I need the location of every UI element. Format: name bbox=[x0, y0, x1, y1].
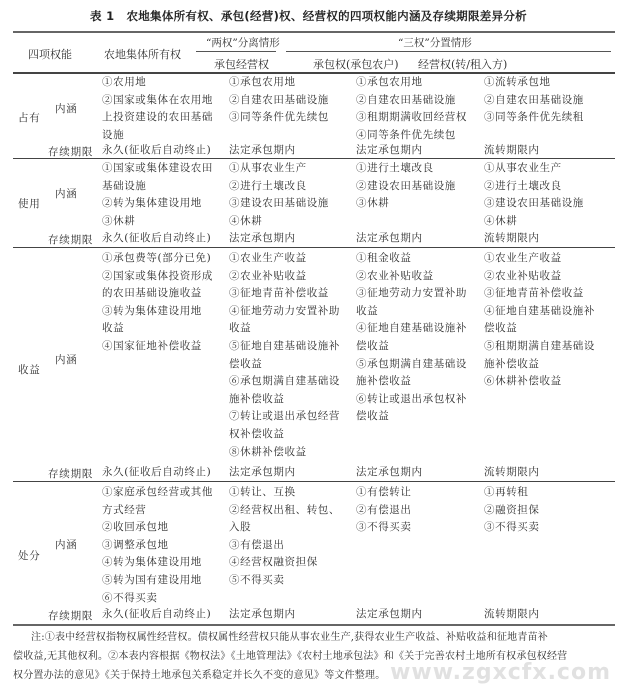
income-contract-right: ①租金收益 ②农业补贴收益 ③征地劳动力安置补助 收益 ④征地自建基础设施补 偿… bbox=[356, 250, 467, 426]
disposal-duration-ownership: 永久(征收后自动终止) bbox=[102, 606, 211, 624]
table-number: 表 1 bbox=[90, 9, 114, 23]
use-duration-ownership: 永久(征收后自动终止) bbox=[102, 230, 211, 248]
connotation-label: 内涵 bbox=[55, 101, 78, 116]
duration-label: 存续期限 bbox=[48, 608, 93, 623]
possession-duration-operation-right: 流转期限内 bbox=[484, 142, 540, 160]
use-contract-right: ①进行土壤改良 ②建设农田基础设施 ③休耕 bbox=[356, 160, 456, 213]
table-caption: 表 1农地集体所有权、承包(经营)权、经营权的四项权能内涵及存续期限差异分析 bbox=[0, 8, 617, 24]
header-contract-right: 承包权(承包农户) bbox=[313, 56, 399, 72]
connotation-label: 内涵 bbox=[55, 186, 78, 201]
income-operation-right: ①农业生产收益 ②农业补贴收益 ③征地青苗补偿收益 ④征地自建基础设施补 偿收益… bbox=[484, 250, 595, 391]
section-divider bbox=[13, 247, 615, 248]
income-duration-contract-operation: 法定承包期内 bbox=[229, 464, 296, 482]
header-ownership: 农地集体所有权 bbox=[104, 46, 181, 62]
use-duration-contract-operation: 法定承包期内 bbox=[229, 230, 296, 248]
possession-duration-contract-right: 法定承包期内 bbox=[356, 142, 423, 160]
possession-operation-right: ①流转承包地 ②自建农田基础设施 ③同等条件优先续租 bbox=[484, 74, 584, 127]
header-two-rights-group: “两权”分离情形 bbox=[206, 35, 280, 50]
connotation-label: 内涵 bbox=[55, 537, 78, 552]
section-name-disposal: 处分 bbox=[18, 548, 41, 563]
section-name-use: 使用 bbox=[18, 196, 41, 211]
possession-contract-operation: ①承包农用地 ②自建农田基础设施 ③同等条件优先续包 bbox=[229, 74, 329, 127]
income-contract-operation: ①农业生产收益 ②农业补贴收益 ③征地青苗补偿收益 ④征地劳动力安置补助 收益 … bbox=[229, 250, 340, 461]
duration-label: 存续期限 bbox=[48, 232, 93, 247]
header-contract-operation: 承包经营权 bbox=[214, 56, 269, 72]
use-duration-operation-right: 流转期限内 bbox=[484, 230, 540, 248]
use-ownership: ①国家或集体建设农田 基础设施 ②转为集体建设用地 ③休耕 bbox=[102, 160, 213, 230]
possession-contract-right: ①承包农用地 ②自建农田基础设施 ③租期期满收回经营权 ④同等条件优先续包 bbox=[356, 74, 467, 144]
use-contract-operation: ①从事农业生产 ②进行土壤改良 ③建设农田基础设施 ④休耕 bbox=[229, 160, 329, 230]
header-function: 四项权能 bbox=[28, 46, 72, 62]
disposal-contract-right: ①有偿转让 ②有偿退出 ③不得买卖 bbox=[356, 484, 412, 537]
header-three-rights-group: “三权”分置情形 bbox=[398, 35, 472, 50]
duration-label: 存续期限 bbox=[48, 144, 93, 159]
disposal-duration-operation-right: 流转期限内 bbox=[484, 606, 540, 624]
section-name-possession: 占有 bbox=[18, 110, 41, 125]
income-duration-ownership: 永久(征收后自动终止) bbox=[102, 464, 211, 482]
top-rule bbox=[13, 31, 615, 33]
use-duration-contract-right: 法定承包期内 bbox=[356, 230, 423, 248]
connotation-label: 内涵 bbox=[55, 352, 78, 367]
three-rights-underline bbox=[286, 51, 611, 52]
table-title: 农地集体所有权、承包(经营)权、经营权的四项权能内涵及存续期限差异分析 bbox=[126, 9, 527, 23]
income-ownership: ①承包费等(部分已免) ②国家或集体投资形成 的农田基础设施收益 ③转为集体建设… bbox=[102, 250, 213, 356]
section-divider bbox=[13, 481, 615, 482]
bottom-rule bbox=[13, 624, 615, 626]
section-divider bbox=[13, 158, 615, 159]
watermark: www.zgxcfx.com bbox=[390, 660, 611, 685]
possession-duration-ownership: 永久(征收后自动终止) bbox=[102, 142, 211, 160]
two-rights-underline bbox=[196, 51, 276, 52]
use-operation-right: ①从事农业生产 ②进行土壤改良 ③建设农田基础设施 ④休耕 bbox=[484, 160, 584, 230]
disposal-duration-contract-right: 法定承包期内 bbox=[356, 606, 423, 624]
disposal-contract-operation: ①转让、互换 ②经营权出租、转包、 入股 ③有偿退出 ④经营权融资担保 ⑤不得买… bbox=[229, 484, 340, 590]
header-operation-right: 经营权(转/租入方) bbox=[418, 56, 507, 72]
disposal-duration-contract-operation: 法定承包期内 bbox=[229, 606, 296, 624]
possession-ownership: ①农用地 ②国家或集体在农用地 上投资建设的农田基础 设施 bbox=[102, 74, 213, 144]
disposal-ownership: ①家庭承包经营或其他 方式经营 ②收回承包地 ③调整承包地 ④转为集体建设用地 … bbox=[102, 484, 213, 607]
duration-label: 存续期限 bbox=[48, 466, 93, 481]
possession-duration-contract-operation: 法定承包期内 bbox=[229, 142, 296, 160]
income-duration-operation-right: 流转期限内 bbox=[484, 464, 540, 482]
disposal-operation-right: ①再转租 ②融资担保 ③不得买卖 bbox=[484, 484, 540, 537]
footnote-line: 注:①表中经营权指物权属性经营权。债权属性经营权只能从事农业生产,获得农业生产收… bbox=[13, 628, 615, 647]
income-duration-contract-right: 法定承包期内 bbox=[356, 464, 423, 482]
section-name-income: 收益 bbox=[18, 362, 41, 377]
